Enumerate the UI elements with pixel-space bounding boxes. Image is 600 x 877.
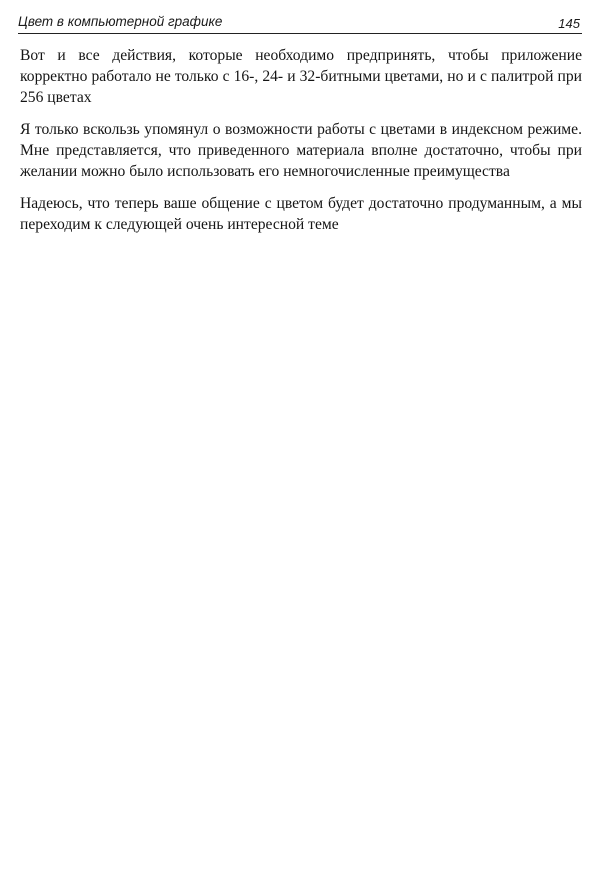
chapter-title: Цвет в компьютерной графике <box>18 12 222 32</box>
paragraph: Надеюсь, что теперь ваше общение с цвето… <box>20 193 582 235</box>
paragraph: Я только вскользь упомянул о возможности… <box>20 119 582 182</box>
paragraph: Вот и все действия, которые необходимо п… <box>20 45 582 108</box>
body-text: Вот и все действия, которые необходимо п… <box>20 45 582 246</box>
running-head: Цвет в компьютерной графике 145 <box>18 12 582 34</box>
page-number: 145 <box>558 14 580 34</box>
